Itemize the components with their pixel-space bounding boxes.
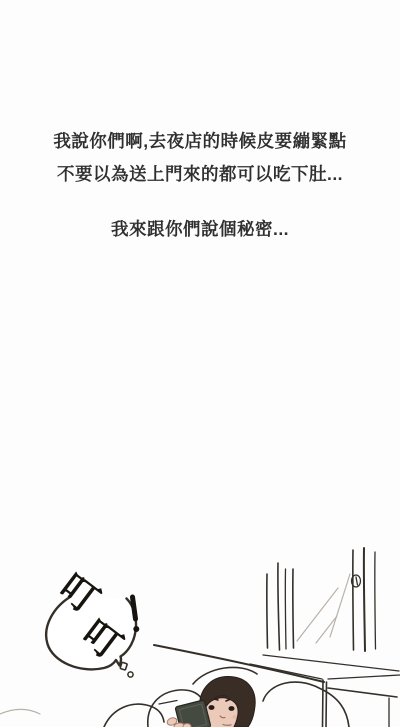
window-line [285,569,286,649]
narration-line-2: 不要以為送上門來的都可以吃下肚... [0,161,400,186]
window-line [375,552,376,649]
hand-thumb [183,724,191,727]
eye-right [229,706,235,711]
eye-left [209,705,215,710]
bedroom-illustration: 叮 叮 [0,527,400,727]
phone-and-hand [159,700,211,727]
narration-line-1: 我說你們啊,去夜店的時候皮要繃緊點 [0,128,400,153]
bubble-tail-square [120,662,127,670]
window-line [353,550,354,650]
blanket-fold [104,704,164,727]
comic-page: 我說你們啊,去夜店的時候皮要繃緊點 不要以為送上門來的都可以吃下肚... 我來跟… [0,0,400,727]
window-line [293,569,294,648]
window-line [364,548,365,651]
bubble-tail-dot [128,672,133,677]
headboard-rail [154,645,324,682]
blanket [0,704,164,727]
window-line [267,574,268,648]
headboard-post [326,682,327,727]
blanket-fold-faint [0,710,40,715]
window-line [278,563,280,650]
pillow-crease [159,701,177,705]
window-reflection-lines [297,574,350,643]
narration-line-3: 我來跟你們說個秘密... [0,216,400,241]
sfx-speech-bubble: 叮 叮 [46,567,139,677]
headboard-post [323,680,324,727]
